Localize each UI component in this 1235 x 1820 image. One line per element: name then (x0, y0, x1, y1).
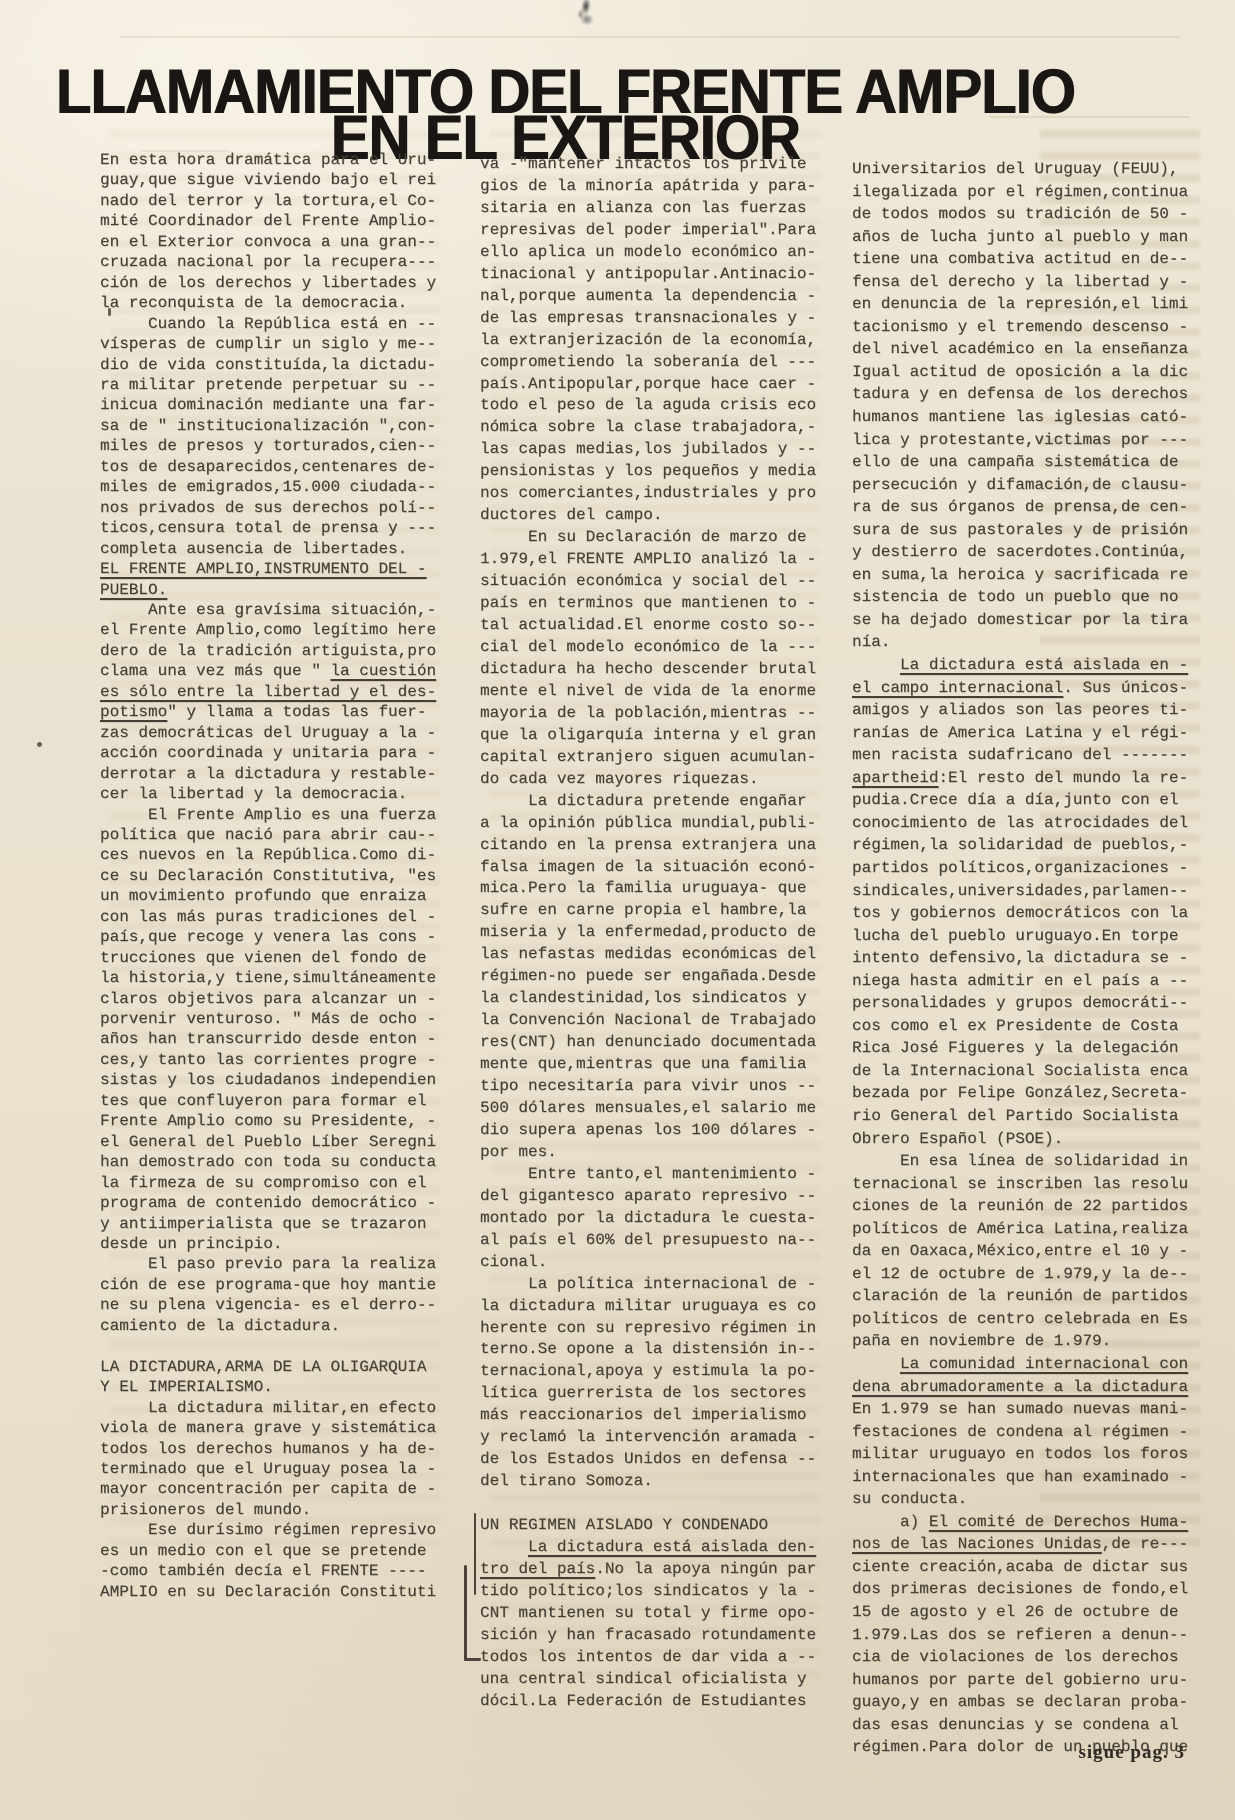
ink-speck (108, 308, 111, 316)
ink-smudge (566, 0, 604, 32)
text-column-2: va -"mantener intactos los privile gios … (480, 154, 816, 1713)
pen-mark-bracket-toe (464, 1658, 481, 1661)
ink-speck (37, 742, 42, 747)
fold-line (120, 36, 1180, 38)
scanned-newsletter-page: LLAMAMIENTO DEL FRENTE AMPLIO EN EL EXTE… (0, 0, 1235, 1820)
continuation-note: sigue pag. 3 (1079, 1742, 1186, 1764)
pen-mark-bracket-stem (464, 1565, 467, 1661)
text-column-1: En esta hora dramática para el Uru- guay… (100, 150, 436, 1602)
text-column-3: Universitarios del Uruguay (FEUU), ilega… (852, 158, 1188, 1759)
pen-mark-line (474, 1513, 476, 1595)
